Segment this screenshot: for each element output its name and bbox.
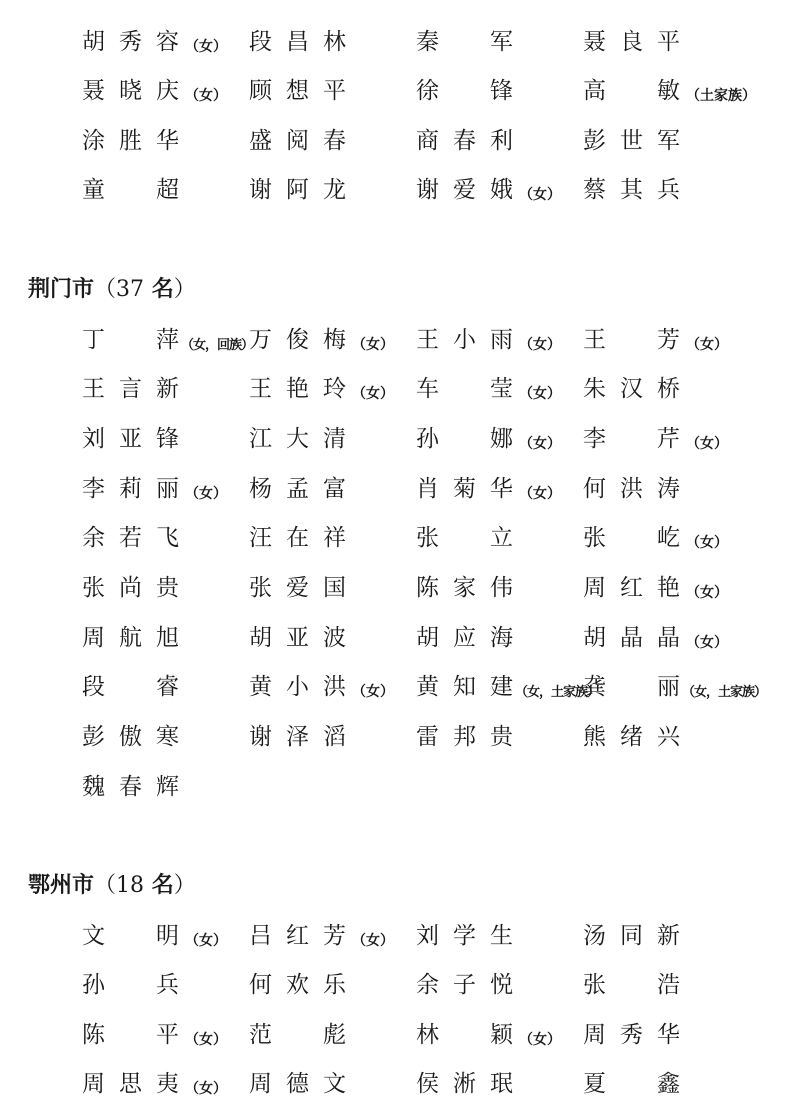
name-entry: 高 敏（土家族）: [583, 71, 756, 116]
name-row: 胡秀容（女） 段昌林 秦 军 聂良平: [0, 22, 786, 62]
name-entry: 余若飞: [82, 518, 185, 563]
name-entry: 陈 平（女）: [82, 1015, 227, 1060]
text: 谢泽滔: [249, 724, 360, 750]
text: 吕红芳: [249, 923, 360, 949]
name-note: （女）: [519, 187, 561, 203]
name-row: 周航旭 胡亚波 胡应海 胡晶晶（女）: [0, 618, 786, 658]
name-entry: 李莉丽（女）: [82, 469, 227, 514]
text: 陈家伟: [416, 575, 527, 601]
name-entry: 彭世军: [583, 121, 686, 166]
name-entry: 聂晓庆（女）: [82, 71, 227, 116]
name-entry: 黄知建（女，土家族）: [416, 667, 599, 713]
name-entry: 商春利: [416, 121, 519, 166]
name-row: 王言新 王艳玲（女） 车 莹（女） 朱汉桥: [0, 369, 786, 409]
text: 胡秀容: [82, 29, 193, 55]
member-count: 18: [116, 873, 144, 898]
text: 熊绪兴: [583, 724, 694, 750]
text: 何洪涛: [583, 476, 694, 502]
name-row: 陈 平（女） 范 彪 林 颖（女） 周秀华: [0, 1015, 786, 1055]
text: 名: [152, 873, 174, 898]
text: 周德文: [249, 1071, 360, 1097]
name-row: 张尚贵 张爱国 陈家伟 周红艳（女）: [0, 568, 786, 608]
text: 王艳玲: [249, 376, 360, 402]
text: 王小雨: [416, 327, 527, 353]
text: （: [94, 277, 116, 302]
name-entry: 周红艳（女）: [583, 568, 728, 613]
name-note: （女）: [519, 1032, 561, 1048]
name-entry: 余子悦: [416, 965, 519, 1010]
text: 高 敏: [583, 78, 694, 104]
text: 谢阿龙: [249, 177, 360, 203]
text: 商春利: [416, 128, 527, 154]
text: 徐 锋: [416, 78, 527, 104]
member-count: 37: [116, 277, 144, 302]
text: 文 明: [82, 923, 193, 949]
name-entry: 魏春辉: [82, 767, 185, 812]
text: 胡亚波: [249, 625, 360, 651]
name-entry: 汪在祥: [249, 518, 352, 563]
name-entry: 聂良平: [583, 22, 686, 67]
text: 张 屹: [583, 525, 694, 551]
text: 杨孟富: [249, 476, 360, 502]
name-entry: 童 超: [82, 170, 185, 215]
text: 肖菊华: [416, 476, 527, 502]
name-entry: 张尚贵: [82, 568, 185, 613]
name-note: （女）: [519, 337, 561, 353]
name-row: 彭傲寒 谢泽滔 雷邦贵 熊绪兴: [0, 717, 786, 757]
text: 黄小洪: [249, 674, 360, 700]
name-note: （女）: [185, 1032, 227, 1048]
text: （: [94, 873, 116, 898]
text: 张 立: [416, 525, 527, 551]
text: 聂晓庆: [82, 78, 193, 104]
name-entry: 王言新: [82, 369, 185, 414]
name-entry: 胡应海: [416, 618, 519, 663]
text: 张尚贵: [82, 575, 193, 601]
text: 夏 鑫: [583, 1071, 694, 1097]
text: 何欢乐: [249, 972, 360, 998]
name-entry: 刘学生: [416, 916, 519, 961]
name-entry: 周航旭: [82, 618, 185, 663]
text: 车 莹: [416, 376, 527, 402]
name-entry: 周思夷（女）: [82, 1064, 227, 1109]
text: 聂良平: [583, 29, 694, 55]
name-entry: 段 睿: [82, 667, 185, 712]
text: ）: [174, 277, 196, 302]
name-entry: 龚 丽（女，土家族）: [583, 667, 766, 713]
name-note: （女）: [519, 386, 561, 402]
name-entry: 张爱国: [249, 568, 352, 613]
text: 汤同新: [583, 923, 694, 949]
name-row: 刘亚锋 江大清 孙 娜（女） 李 芹（女）: [0, 419, 786, 459]
name-entry: 丁 萍（女，回族）: [82, 320, 253, 366]
text: 顾想平: [249, 78, 360, 104]
section-heading-jingmen: 荆门市（37 名）: [28, 270, 196, 310]
name-note: （女）: [519, 436, 561, 452]
text: 张 浩: [583, 972, 694, 998]
name-note: （女）: [352, 684, 394, 700]
section-heading-ezhou: 鄂州市（18 名）: [28, 866, 196, 906]
name-note: （女）: [519, 486, 561, 502]
text: 蔡其兵: [583, 177, 694, 203]
name-entry: 文 明（女）: [82, 916, 227, 961]
text: 刘学生: [416, 923, 527, 949]
name-entry: 雷邦贵: [416, 717, 519, 762]
text: 谢爱娥: [416, 177, 527, 203]
name-entry: 周秀华: [583, 1015, 686, 1060]
text: 周航旭: [82, 625, 193, 651]
name-note: （女）: [686, 635, 728, 651]
text: 周思夷: [82, 1071, 193, 1097]
name-entry: 江大清: [249, 419, 352, 464]
name-entry: 熊绪兴: [583, 717, 686, 762]
text: 涂胜华: [82, 128, 193, 154]
text: 魏春辉: [82, 774, 193, 800]
name-note: （女）: [686, 436, 728, 452]
name-entry: 何欢乐: [249, 965, 352, 1010]
text: 余若飞: [82, 525, 193, 551]
text: 万俊梅: [249, 327, 360, 353]
text: 刘亚锋: [82, 426, 193, 452]
text: 名: [152, 277, 174, 302]
name-entry: 车 莹（女）: [416, 369, 561, 414]
city-name: 荆门市: [28, 277, 94, 302]
name-entry: 李 芹（女）: [583, 419, 728, 464]
text: 周红艳: [583, 575, 694, 601]
text: 段 睿: [82, 674, 193, 700]
name-entry: 张 屹（女）: [583, 518, 728, 563]
name-entry: 夏 鑫: [583, 1064, 686, 1109]
text: 张爱国: [249, 575, 360, 601]
name-row: 文 明（女） 吕红芳（女） 刘学生 汤同新: [0, 916, 786, 956]
name-entry: 谢爱娥（女）: [416, 170, 561, 215]
name-entry: 秦 军: [416, 22, 519, 67]
name-entry: 朱汉桥: [583, 369, 686, 414]
text: 王言新: [82, 376, 193, 402]
name-entry: 林 颖（女）: [416, 1015, 561, 1060]
name-entry: 段昌林: [249, 22, 352, 67]
text: 彭世军: [583, 128, 694, 154]
text: 龚 丽: [583, 674, 694, 700]
text: 王 芳: [583, 327, 694, 353]
text: 李莉丽: [82, 476, 193, 502]
name-row: 聂晓庆（女） 顾想平 徐 锋 高 敏（土家族）: [0, 71, 786, 111]
text: ）: [174, 873, 196, 898]
name-entry: 彭傲寒: [82, 717, 185, 762]
text: 胡应海: [416, 625, 527, 651]
name-row: 段 睿 黄小洪（女） 黄知建（女，土家族） 龚 丽（女，土家族）: [0, 667, 786, 707]
text: 朱汉桥: [583, 376, 694, 402]
name-entry: 蔡其兵: [583, 170, 686, 215]
name-row: 余若飞 汪在祥 张 立 张 屹（女）: [0, 518, 786, 558]
name-entry: 王 芳（女）: [583, 320, 728, 365]
name-entry: 肖菊华（女）: [416, 469, 561, 514]
name-note: （女）: [185, 39, 227, 55]
name-entry: 陈家伟: [416, 568, 519, 613]
name-note: （女）: [352, 933, 394, 949]
name-note: （女，回族）: [181, 338, 253, 353]
text: 江大清: [249, 426, 360, 452]
text: 林 颖: [416, 1022, 527, 1048]
name-entry: 涂胜华: [82, 121, 185, 166]
name-entry: 范 彪: [249, 1015, 352, 1060]
name-entry: 何洪涛: [583, 469, 686, 514]
name-row: 丁 萍（女，回族） 万俊梅（女） 王小雨（女） 王 芳（女）: [0, 320, 786, 360]
name-note: （女）: [686, 535, 728, 551]
name-entry: 谢泽滔: [249, 717, 352, 762]
name-entry: 黄小洪（女）: [249, 667, 394, 712]
text: 汪在祥: [249, 525, 360, 551]
text: 丁 萍: [82, 327, 193, 353]
text: 孙 娜: [416, 426, 527, 452]
text: 侯淅珉: [416, 1071, 527, 1097]
name-entry: 汤同新: [583, 916, 686, 961]
name-note: （土家族）: [686, 88, 756, 104]
name-entry: 周德文: [249, 1064, 352, 1109]
name-entry: 顾想平: [249, 71, 352, 116]
name-entry: 张 浩: [583, 965, 686, 1010]
text: 范 彪: [249, 1022, 360, 1048]
name-entry: 胡秀容（女）: [82, 22, 227, 67]
text: 秦 军: [416, 29, 527, 55]
name-entry: 胡晶晶（女）: [583, 618, 728, 663]
name-note: （女）: [352, 386, 394, 402]
text: 童 超: [82, 177, 193, 203]
name-row: 童 超 谢阿龙 谢爱娥（女） 蔡其兵: [0, 170, 786, 210]
name-row: 魏春辉: [0, 767, 786, 807]
name-note: （女，土家族）: [682, 685, 766, 700]
text: 段昌林: [249, 29, 360, 55]
name-note: （女）: [686, 337, 728, 353]
name-note: （女）: [185, 88, 227, 104]
name-row: 周思夷（女） 周德文 侯淅珉 夏 鑫: [0, 1064, 786, 1104]
text: 李 芹: [583, 426, 694, 452]
name-note: （女）: [686, 585, 728, 601]
name-note: （女）: [185, 933, 227, 949]
name-row: 孙 兵 何欢乐 余子悦 张 浩: [0, 965, 786, 1005]
text: 陈 平: [82, 1022, 193, 1048]
name-entry: 孙 娜（女）: [416, 419, 561, 464]
text: 彭傲寒: [82, 724, 193, 750]
name-note: （女）: [185, 486, 227, 502]
name-entry: 孙 兵: [82, 965, 185, 1010]
text: 黄知建: [416, 674, 527, 700]
name-entry: 张 立: [416, 518, 519, 563]
text: 雷邦贵: [416, 724, 527, 750]
name-entry: 谢阿龙: [249, 170, 352, 215]
name-note: （女）: [352, 337, 394, 353]
name-entry: 胡亚波: [249, 618, 352, 663]
name-entry: 吕红芳（女）: [249, 916, 394, 961]
city-name: 鄂州市: [28, 873, 94, 898]
name-entry: 侯淅珉: [416, 1064, 519, 1109]
text: 周秀华: [583, 1022, 694, 1048]
name-note: （女）: [185, 1081, 227, 1097]
name-entry: 盛阅春: [249, 121, 352, 166]
name-row: 李莉丽（女） 杨孟富 肖菊华（女） 何洪涛: [0, 469, 786, 509]
name-entry: 刘亚锋: [82, 419, 185, 464]
text: 孙 兵: [82, 972, 193, 998]
name-entry: 王艳玲（女）: [249, 369, 394, 414]
name-entry: 万俊梅（女）: [249, 320, 394, 365]
name-entry: 徐 锋: [416, 71, 519, 116]
text: 盛阅春: [249, 128, 360, 154]
text: 余子悦: [416, 972, 527, 998]
text: 胡晶晶: [583, 625, 694, 651]
name-entry: 王小雨（女）: [416, 320, 561, 365]
name-row: 涂胜华 盛阅春 商春利 彭世军: [0, 121, 786, 161]
name-entry: 杨孟富: [249, 469, 352, 514]
